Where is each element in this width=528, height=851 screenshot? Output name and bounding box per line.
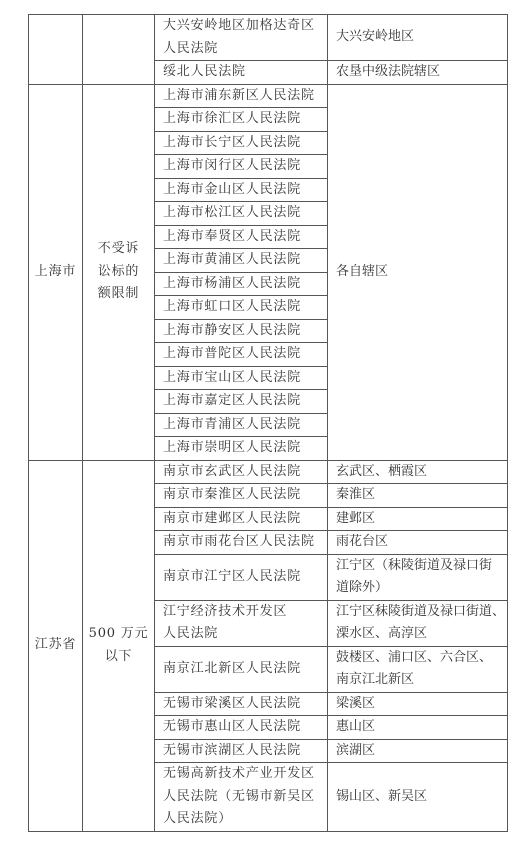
table-row: 江苏省500 万元 以下南京市玄武区人民法院玄武区、栖霞区 (29, 460, 508, 484)
province-cell: 上海市 (29, 84, 83, 460)
province-cell: 江苏省 (29, 460, 83, 831)
court-cell: 上海市普陀区人民法院 (155, 343, 328, 367)
jurisdiction-cell: 建邺区 (328, 507, 508, 531)
court-cell: 上海市青浦区人民法院 (155, 413, 328, 437)
jurisdiction-cell: 各自辖区 (328, 84, 508, 460)
court-cell: 无锡市梁溪区人民法院 (155, 692, 328, 716)
jurisdiction-cell: 雨花台区 (328, 531, 508, 555)
court-cell: 上海市金山区人民法院 (155, 178, 328, 202)
jurisdiction-cell: 梁溪区 (328, 692, 508, 716)
condition-cell: 500 万元 以下 (83, 460, 155, 831)
court-cell: 江宁经济技术开发区 人民法院 (155, 600, 328, 646)
jurisdiction-table-body: 大兴安岭地区加格达奇区 人民法院大兴安岭地区绥北人民法院农垦中级法院辖区上海市不… (29, 15, 508, 832)
court-cell: 南京市玄武区人民法院 (155, 460, 328, 484)
court-cell: 上海市静安区人民法院 (155, 319, 328, 343)
court-cell: 无锡市滨湖区人民法院 (155, 739, 328, 763)
court-cell: 上海市崇明区人民法院 (155, 437, 328, 461)
jurisdiction-table: 大兴安岭地区加格达奇区 人民法院大兴安岭地区绥北人民法院农垦中级法院辖区上海市不… (28, 14, 508, 832)
court-cell: 无锡高新技术产业开发区 人民法院（无锡市新吴区 人民法院） (155, 763, 328, 832)
condition-cell: 不受诉 讼标的 额限制 (83, 84, 155, 460)
jurisdiction-cell: 农垦中级法院辖区 (328, 61, 508, 85)
court-cell: 南京市雨花台区人民法院 (155, 531, 328, 555)
court-cell: 南京市秦淮区人民法院 (155, 484, 328, 508)
jurisdiction-cell: 惠山区 (328, 716, 508, 740)
jurisdiction-cell: 滨湖区 (328, 739, 508, 763)
court-cell: 上海市徐汇区人民法院 (155, 108, 328, 132)
court-cell: 上海市闵行区人民法院 (155, 155, 328, 179)
court-cell: 上海市黄浦区人民法院 (155, 249, 328, 273)
jurisdiction-cell: 江宁区（秣陵街道及禄口街 道除外） (328, 554, 508, 600)
court-cell: 南京市江宁区人民法院 (155, 554, 328, 600)
condition-cell (83, 15, 155, 85)
court-cell: 上海市松江区人民法院 (155, 202, 328, 226)
court-cell: 上海市虹口区人民法院 (155, 296, 328, 320)
court-cell: 上海市杨浦区人民法院 (155, 272, 328, 296)
jurisdiction-cell: 江宁区秣陵街道及禄口街道、 溧水区、高淳区 (328, 600, 508, 646)
jurisdiction-cell: 大兴安岭地区 (328, 15, 508, 61)
court-cell: 上海市长宁区人民法院 (155, 131, 328, 155)
jurisdiction-cell: 玄武区、栖霞区 (328, 460, 508, 484)
court-cell: 上海市宝山区人民法院 (155, 366, 328, 390)
court-cell: 上海市浦东新区人民法院 (155, 84, 328, 108)
court-cell: 南京市建邺区人民法院 (155, 507, 328, 531)
court-cell: 上海市奉贤区人民法院 (155, 225, 328, 249)
court-cell: 无锡市惠山区人民法院 (155, 716, 328, 740)
court-cell: 上海市嘉定区人民法院 (155, 390, 328, 414)
table-row: 大兴安岭地区加格达奇区 人民法院大兴安岭地区 (29, 15, 508, 61)
jurisdiction-cell: 锡山区、新吴区 (328, 763, 508, 832)
court-cell: 南京江北新区人民法院 (155, 646, 328, 692)
jurisdiction-cell: 鼓楼区、浦口区、六合区、 南京江北新区 (328, 646, 508, 692)
table-row: 上海市不受诉 讼标的 额限制上海市浦东新区人民法院各自辖区 (29, 84, 508, 108)
province-cell (29, 15, 83, 85)
jurisdiction-cell: 秦淮区 (328, 484, 508, 508)
court-cell: 绥北人民法院 (155, 61, 328, 85)
court-cell: 大兴安岭地区加格达奇区 人民法院 (155, 15, 328, 61)
